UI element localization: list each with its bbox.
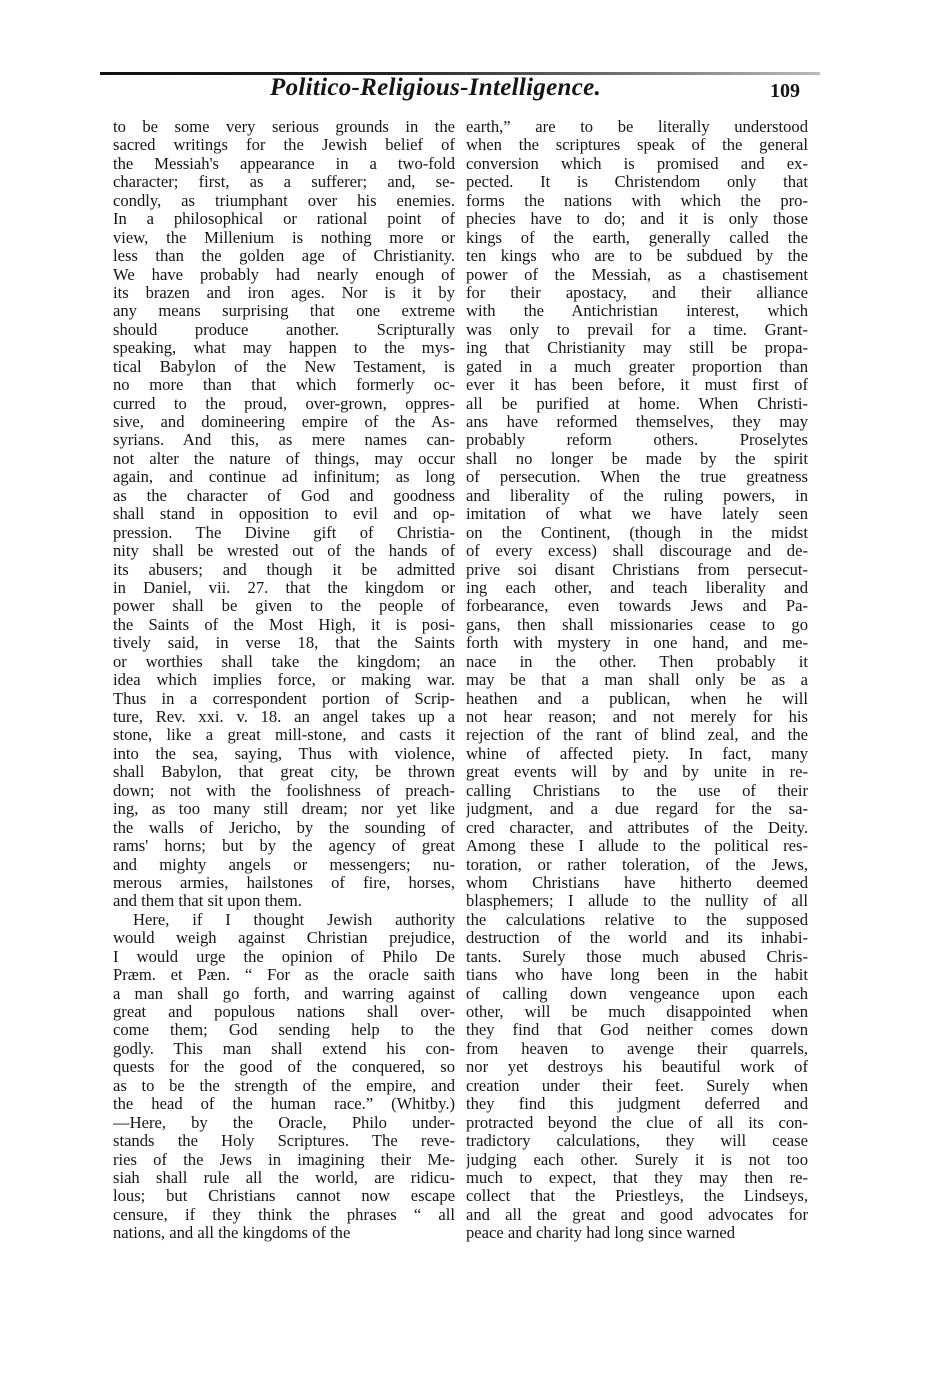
- text-line: tical Babylon of the New Testament, is: [113, 358, 455, 376]
- text-line: the Saints of the Most High, it is posi-: [113, 616, 455, 634]
- text-line: nor yet destroys his beautiful work of: [466, 1058, 808, 1076]
- text-line: and mighty angels or messengers; nu-: [113, 856, 455, 874]
- text-line: In a philosophical or rational point of: [113, 210, 455, 228]
- text-line: whine of affected piety. In fact, many: [466, 745, 808, 763]
- text-line: forms the nations with which the pro-: [466, 192, 808, 210]
- text-line: the Messiah's appearance in a two-fold: [113, 155, 455, 173]
- text-line: a man shall go forth, and warring agains…: [113, 985, 455, 1003]
- text-line: We have probably had nearly enough of: [113, 266, 455, 284]
- text-line: much to expect, that they may then re-: [466, 1169, 808, 1187]
- text-line: was only to prevail for a time. Grant-: [466, 321, 808, 339]
- text-line: conversion which is promised and ex-: [466, 155, 808, 173]
- text-line: not hear reason; and not merely for his: [466, 708, 808, 726]
- text-line: sacred writings for the Jewish belief of: [113, 136, 455, 154]
- text-line: merous armies, hailstones of fire, horse…: [113, 874, 455, 892]
- text-line: for their apostacy, and their alliance: [466, 284, 808, 302]
- text-line: phecies have to do; and it is only those: [466, 210, 808, 228]
- text-line: Thus in a correspondent portion of Scrip…: [113, 690, 455, 708]
- text-line: gated in a much greater proportion than: [466, 358, 808, 376]
- text-line: forth with mystery in one hand, and me-: [466, 634, 808, 652]
- left-column: to be some very serious grounds in thesa…: [113, 118, 455, 1243]
- text-line: would weigh against Christian prejudice,: [113, 929, 455, 947]
- text-line: —Here, by the Oracle, Philo under-: [113, 1114, 455, 1132]
- text-line: great events will by and by unite in re-: [466, 763, 808, 781]
- text-line: they find this judgment deferred and: [466, 1095, 808, 1113]
- text-line: forbearance, even towards Jews and Pa-: [466, 597, 808, 615]
- text-line: its abusers; and though it be admitted: [113, 561, 455, 579]
- text-line: as to be the strength of the empire, and: [113, 1077, 455, 1095]
- text-line: sive, and domineering empire of the As-: [113, 413, 455, 431]
- text-line: any means surprising that one extreme: [113, 302, 455, 320]
- text-line: the calculations relative to the suppose…: [466, 911, 808, 929]
- text-line: Here, if I thought Jewish authority: [113, 911, 455, 929]
- text-line: earth,” are to be literally understood: [466, 118, 808, 136]
- text-line: imitation of what we have lately seen: [466, 505, 808, 523]
- text-line: rejection of the rant of blind zeal, and…: [466, 726, 808, 744]
- text-line: kings of the earth, generally called the: [466, 229, 808, 247]
- text-line: ever it has been before, it must first o…: [466, 376, 808, 394]
- right-column: earth,” are to be literally understoodwh…: [466, 118, 808, 1243]
- text-line: all be purified at home. When Christi-: [466, 395, 808, 413]
- text-line: peace and charity had long since warned: [466, 1224, 808, 1242]
- text-line: nace in the other. Then probably it: [466, 653, 808, 671]
- text-line: toration, or rather toleration, of the J…: [466, 856, 808, 874]
- text-line: godly. This man shall extend his con-: [113, 1040, 455, 1058]
- text-line: and liberality of the ruling powers, in: [466, 487, 808, 505]
- text-line: protracted beyond the clue of all its co…: [466, 1114, 808, 1132]
- text-line: rams' horns; but by the agency of great: [113, 837, 455, 855]
- text-line: of persecution. When the true greatness: [466, 468, 808, 486]
- text-line: curred to the proud, over-grown, oppres-: [113, 395, 455, 413]
- text-line: when the scriptures speak of the general: [466, 136, 808, 154]
- text-line: idea which implies force, or making war.: [113, 671, 455, 689]
- text-line: tively said, in verse 18, that the Saint…: [113, 634, 455, 652]
- text-line: and all the great and good advocates for: [466, 1206, 808, 1224]
- text-line: of calling down vengeance upon each: [466, 985, 808, 1003]
- text-line: speaking, what may happen to the mys-: [113, 339, 455, 357]
- text-line: its brazen and iron ages. Nor is it by: [113, 284, 455, 302]
- text-line: judgment, and a due regard for the sa-: [466, 800, 808, 818]
- text-line: siah shall rule all the world, are ridic…: [113, 1169, 455, 1187]
- text-line: come them; God sending help to the: [113, 1021, 455, 1039]
- text-line: ing, as too many still dream; nor yet li…: [113, 800, 455, 818]
- text-line: tants. Surely those much abused Chris-: [466, 948, 808, 966]
- text-line: pected. It is Christendom only that: [466, 173, 808, 191]
- text-line: calling Christians to the use of their: [466, 782, 808, 800]
- text-line: creation under their feet. Surely when: [466, 1077, 808, 1095]
- text-line: view, the Millenium is nothing more or: [113, 229, 455, 247]
- running-title: Politico-Religious-Intelligence.: [270, 74, 601, 102]
- text-line: less than the golden age of Christianity…: [113, 247, 455, 265]
- text-line: they find that God neither comes down: [466, 1021, 808, 1039]
- text-line: syrians. And this, as mere names can-: [113, 431, 455, 449]
- text-line: as the character of God and goodness: [113, 487, 455, 505]
- text-line: should produce another. Scripturally: [113, 321, 455, 339]
- text-line: heathen and a publican, when he will: [466, 690, 808, 708]
- text-line: lous; but Christians cannot now escape: [113, 1187, 455, 1205]
- text-line: ries of the Jews in imagining their Me-: [113, 1151, 455, 1169]
- text-line: down; not with the foolishness of preach…: [113, 782, 455, 800]
- text-line: may be that a man shall only be as a: [466, 671, 808, 689]
- text-line: blasphemers; I allude to the nullity of …: [466, 892, 808, 910]
- text-line: power shall be given to the people of: [113, 597, 455, 615]
- text-line: shall no longer be made by the spirit: [466, 450, 808, 468]
- text-line: on the Continent, (though in the midst: [466, 524, 808, 542]
- text-line: to be some very serious grounds in the: [113, 118, 455, 136]
- text-line: from heaven to avenge their quarrels,: [466, 1040, 808, 1058]
- text-line: shall stand in opposition to evil and op…: [113, 505, 455, 523]
- text-line: ing each other, and teach liberality and: [466, 579, 808, 597]
- text-line: censure, if they think the phrases “ all: [113, 1206, 455, 1224]
- text-line: gans, then shall missionaries cease to g…: [466, 616, 808, 634]
- text-line: prive soi disant Christians from persecu…: [466, 561, 808, 579]
- text-line: or worthies shall take the kingdom; an: [113, 653, 455, 671]
- text-line: the walls of Jericho, by the sounding of: [113, 819, 455, 837]
- text-line: tians who have long been in the habit: [466, 966, 808, 984]
- text-line: in Daniel, vii. 27. that the kingdom or: [113, 579, 455, 597]
- text-line: not alter the nature of things, may occu…: [113, 450, 455, 468]
- text-line: tradictory calculations, they will cease: [466, 1132, 808, 1150]
- text-line: condly, as triumphant over his enemies.: [113, 192, 455, 210]
- text-line: great and populous nations shall over-: [113, 1003, 455, 1021]
- text-line: again, and continue ad infinitum; as lon…: [113, 468, 455, 486]
- text-line: nations, and all the kingdoms of the: [113, 1224, 455, 1242]
- text-line: other, will be much disappointed when: [466, 1003, 808, 1021]
- text-line: the head of the human race.” (Whitby.): [113, 1095, 455, 1113]
- text-line: with the Antichristian interest, which: [466, 302, 808, 320]
- text-line: shall Babylon, that great city, be throw…: [113, 763, 455, 781]
- text-line: whom Christians have hitherto deemed: [466, 874, 808, 892]
- text-line: Among these I allude to the political re…: [466, 837, 808, 855]
- text-line: stone, like a great mill-stone, and cast…: [113, 726, 455, 744]
- text-line: ans have reformed themselves, they may: [466, 413, 808, 431]
- text-line: stands the Holy Scriptures. The reve-: [113, 1132, 455, 1150]
- text-line: Præm. et Pæn. “ For as the oracle saith: [113, 966, 455, 984]
- text-line: probably reform others. Proselytes: [466, 431, 808, 449]
- text-line: pression. The Divine gift of Christia-: [113, 524, 455, 542]
- text-line: into the sea, saying, Thus with violence…: [113, 745, 455, 763]
- text-line: ture, Rev. xxi. v. 18. an angel takes up…: [113, 708, 455, 726]
- text-line: ing that Christianity may still be propa…: [466, 339, 808, 357]
- text-line: and them that sit upon them.: [113, 892, 455, 910]
- text-line: cred character, and attributes of the De…: [466, 819, 808, 837]
- text-line: no more than that which formerly oc-: [113, 376, 455, 394]
- text-line: judging each other. Surely it is not too: [466, 1151, 808, 1169]
- text-line: character; first, as a sufferer; and, se…: [113, 173, 455, 191]
- text-line: destruction of the world and its inhabi-: [466, 929, 808, 947]
- text-line: ten kings who are to be subdued by the: [466, 247, 808, 265]
- text-line: quests for the good of the conquered, so: [113, 1058, 455, 1076]
- text-line: collect that the Priestleys, the Lindsey…: [466, 1187, 808, 1205]
- text-line: nity shall be wrested out of the hands o…: [113, 542, 455, 560]
- text-line: of every excess) shall discourage and de…: [466, 542, 808, 560]
- text-line: power of the Messiah, as a chastisement: [466, 266, 808, 284]
- page-number: 109: [770, 80, 800, 103]
- text-line: I would urge the opinion of Philo De: [113, 948, 455, 966]
